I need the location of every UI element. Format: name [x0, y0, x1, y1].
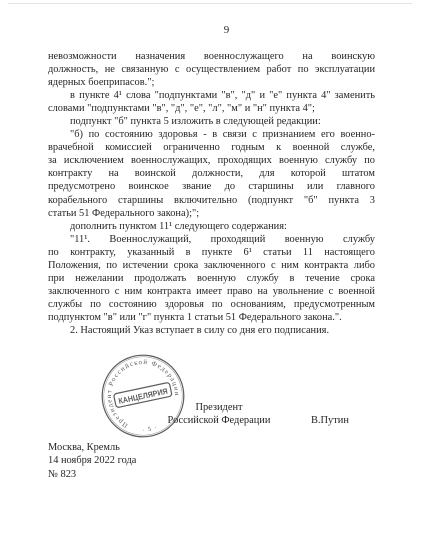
page-number: 9 [63, 24, 390, 36]
text-line: по контракту, указанный в пункте 6¹ стат… [48, 246, 375, 259]
text-line: за исключением военнослужащих, проходящи… [48, 154, 375, 167]
paragraph: дополнить пунктом 11¹ следующего содержа… [48, 220, 375, 233]
text-line: врачебной комиссией ограниченно годным к… [48, 141, 375, 154]
text-line: Положения, по истечении срока заключенно… [48, 259, 375, 272]
stamp-bottom-mark: · 5 · [142, 424, 158, 434]
text-line: "11¹. Военнослужащий, проходящий военную… [48, 233, 375, 246]
footer-number: № 823 [48, 468, 136, 481]
document-body: невозможности назначения военнослужащего… [48, 50, 375, 337]
text-line: словами "подпунктами "в", "д", "е", "л",… [48, 102, 375, 115]
stamp-center-text: КАНЦЕЛЯРИЯ [118, 387, 169, 406]
text-line: ядерных боеприпасов."; [48, 76, 375, 89]
scan-artifact-line [8, 3, 412, 4]
text-line: дополнить пунктом 11¹ следующего содержа… [48, 220, 375, 233]
text-line: "б) по состоянию здоровья - в связи с пр… [48, 128, 375, 141]
text-line: подпункт "б" пункта 5 изложить в следующ… [48, 115, 375, 128]
paragraph: "11¹. Военнослужащий, проходящий военную… [48, 233, 375, 324]
text-line: подпунктом "в" или "г" пункта 1 статьи 5… [48, 311, 375, 324]
paragraph: невозможности назначения военнослужащего… [48, 50, 375, 89]
text-line: службы по состоянию здоровья по основани… [48, 298, 375, 311]
paragraph: в пункте 4¹ слова "подпунктами "в", "д" … [48, 89, 375, 115]
paragraph: "б) по состоянию здоровья - в связи с пр… [48, 128, 375, 219]
text-line: контракту на воинской должности, для кот… [48, 167, 375, 180]
text-line: заключенного с ним контракта имеет право… [48, 285, 375, 298]
chancellery-stamp-icon: Президент Российской Федерации КАНЦЕЛЯРИ… [78, 331, 208, 461]
text-line: в пункте 4¹ слова "подпунктами "в", "д" … [48, 89, 375, 102]
paragraph: подпункт "б" пункта 5 изложить в следующ… [48, 115, 375, 128]
text-line: должность, не связанную с осуществлением… [48, 63, 375, 76]
text-line: при нежелании продолжать военную службу … [48, 272, 375, 285]
document-page: 9 невозможности назначения военнослужаще… [0, 0, 427, 554]
text-line: корабельного старшины включительно (подп… [48, 194, 375, 207]
text-line: невозможности назначения военнослужащего… [48, 50, 375, 63]
text-line: предусмотрено воинское звание до старшин… [48, 180, 375, 193]
text-line: статьи 51 Федерального закона);"; [48, 207, 375, 220]
signature-name: В.Путин [311, 414, 349, 427]
